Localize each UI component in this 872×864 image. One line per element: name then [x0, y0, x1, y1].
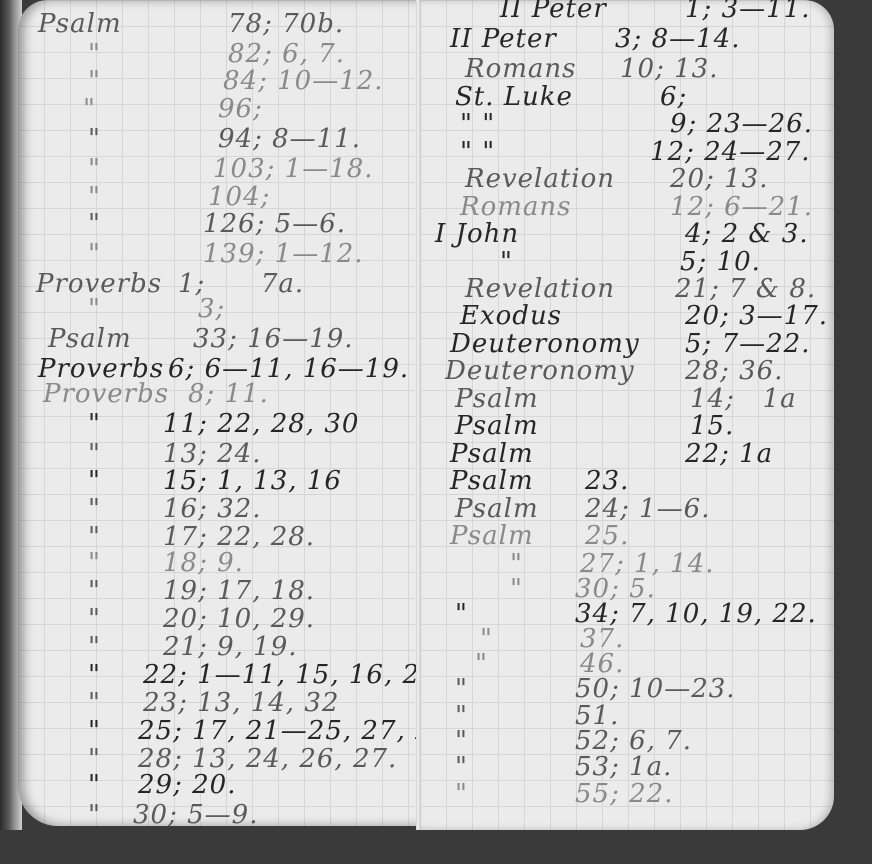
book-name: Revelation — [465, 274, 615, 304]
book-name: Psalm — [450, 466, 534, 496]
book-name: " — [83, 94, 96, 124]
verse-reference: 23. — [585, 466, 629, 496]
book-name: " — [455, 752, 468, 782]
verse-reference: 5; 7—22. — [685, 329, 810, 359]
verse-reference: 84; 10—12. — [223, 66, 384, 96]
book-name: Romans — [460, 192, 571, 222]
verse-reference: 104; — [208, 182, 270, 212]
verse-reference: 13; 24. — [163, 439, 261, 469]
verse-reference: 82; 6, 7. — [228, 39, 345, 69]
book-name: " — [88, 466, 101, 496]
book-name: Psalm — [455, 384, 539, 414]
verse-reference: 24; 1—6. — [585, 494, 710, 524]
book-name: Psalm — [455, 411, 539, 441]
book-name: " — [88, 182, 101, 212]
verse-reference: 94; 8—11. — [218, 124, 361, 154]
verse-reference: 8; 11. — [188, 379, 269, 409]
verse-reference: 1; 7a. — [178, 269, 304, 299]
book-name: " — [88, 294, 101, 324]
book-name: St. Luke — [455, 82, 573, 112]
book-name: I John — [435, 219, 519, 249]
verse-reference: 18; 9. — [163, 548, 244, 578]
book-name: " — [88, 39, 101, 69]
verse-reference: 3; 8—14. — [615, 24, 740, 54]
book-name: II Peter — [450, 24, 557, 54]
verse-reference: 6; — [660, 82, 687, 112]
book-name: " — [475, 649, 488, 679]
book-name: " — [88, 154, 101, 184]
verse-reference: 4; 2 & 3. — [685, 219, 809, 249]
book-name: " — [88, 660, 101, 690]
book-name: Deuteronomy — [445, 356, 635, 386]
verse-reference: 21; 9, 19. — [163, 632, 298, 662]
book-name: II Peter — [500, 0, 607, 24]
verse-reference: 20; 3—17. — [685, 301, 828, 331]
verse-reference: 28; 36. — [685, 356, 783, 386]
verse-reference: 29; 20. — [138, 770, 236, 800]
right-page: II Peter1; 3—11.II Peter3; 8—14.Romans10… — [420, 0, 834, 830]
verse-reference: 22; 1—11, 15, 16, 22—28. — [143, 660, 420, 690]
verse-reference: 1; 3—11. — [685, 0, 810, 24]
book-name: " — [500, 247, 513, 277]
verse-reference: 10; 13. — [620, 54, 718, 84]
verse-reference: 103; 1—18. — [213, 154, 374, 184]
verse-reference: 9; 23—26. — [670, 109, 813, 139]
verse-reference: 126; 5—6. — [203, 209, 346, 239]
verse-reference: 12; 24—27. — [650, 137, 811, 167]
verse-reference: 12; 6—21. — [670, 192, 813, 222]
book-name: Romans — [465, 54, 576, 84]
book-name: Exodus — [460, 301, 562, 331]
verse-reference: 55; 22. — [575, 779, 673, 809]
book-name: " — [455, 599, 468, 629]
book-name: " — [88, 494, 101, 524]
verse-reference: 96; — [218, 94, 263, 124]
verse-reference: 33; 16—19. — [193, 324, 354, 354]
verse-reference: 3; — [198, 294, 225, 324]
book-name: " — [88, 439, 101, 469]
verse-reference: 30; 5—9. — [133, 800, 258, 826]
verse-reference: 5; 10. — [680, 247, 761, 277]
book-name: " — [510, 574, 523, 604]
book-name: " — [88, 409, 101, 439]
verse-reference: 20; 13. — [670, 164, 768, 194]
book-name: Psalm — [38, 9, 122, 39]
verse-reference: 50; 10—23. — [575, 674, 736, 704]
book-name: " " — [460, 109, 495, 139]
book-name: " — [455, 779, 468, 809]
verse-reference: 25; 17, 21—25, 27, 28. — [138, 716, 420, 746]
book-name: Deuteronomy — [450, 329, 640, 359]
book-name: " — [88, 800, 101, 826]
book-name: " — [88, 604, 101, 634]
verse-reference: 20; 10, 29. — [163, 604, 315, 634]
verse-reference: 78; 70b. — [228, 9, 344, 39]
verse-reference: 139; 1—12. — [203, 239, 364, 269]
book-name: Psalm — [455, 494, 539, 524]
book-name: " " — [460, 137, 495, 167]
book-name: Psalm — [450, 439, 534, 469]
verse-reference: 15; 1, 13, 16 — [163, 466, 342, 496]
verse-reference: 11; 22, 28, 30 — [163, 409, 359, 439]
verse-reference: 15. — [690, 411, 734, 441]
book-name: Psalm — [48, 324, 132, 354]
book-name: " — [88, 124, 101, 154]
book-name: " — [88, 209, 101, 239]
book-name: Psalm — [450, 521, 534, 551]
verse-reference: 25. — [585, 521, 629, 551]
book-name: " — [88, 770, 101, 800]
book-name: " — [88, 716, 101, 746]
book-name: Revelation — [465, 164, 615, 194]
left-page: Psalm78; 70b."82; 6, 7."84; 10—12."96;"9… — [18, 0, 420, 826]
book-name: " — [88, 66, 101, 96]
verse-reference: 22; 1a — [685, 439, 773, 469]
book-name: " — [88, 688, 101, 718]
verse-reference: 53; 1a. — [575, 752, 672, 782]
verse-reference: 19; 17, 18. — [163, 576, 315, 606]
book-name: " — [455, 674, 468, 704]
book-name: " — [88, 576, 101, 606]
book-name: " — [88, 632, 101, 662]
verse-reference: 14; 1a — [690, 384, 797, 414]
verse-reference: 21; 7 & 8. — [675, 274, 816, 304]
book-name: " — [88, 548, 101, 578]
verse-reference: 16; 32. — [163, 494, 261, 524]
book-name: " — [88, 239, 101, 269]
book-name: Proverbs — [43, 379, 169, 409]
verse-reference: 23; 13, 14, 32 — [143, 688, 339, 718]
